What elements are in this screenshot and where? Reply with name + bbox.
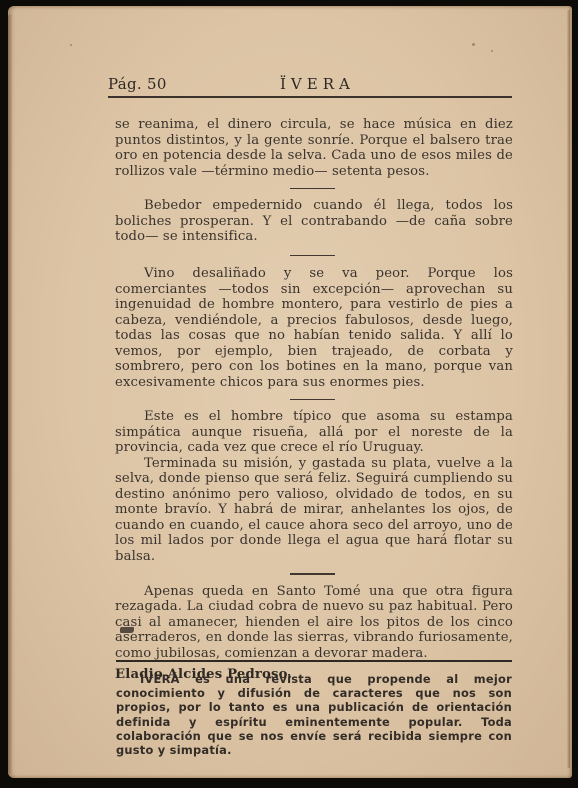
paragraph-4: Este es el hombre típico que asoma su es…	[115, 409, 513, 456]
section-divider	[290, 399, 335, 400]
paragraph-6: Apenas queda en Santo Tomé una que otra …	[115, 584, 513, 662]
paper-speck	[491, 50, 493, 52]
notice-text: IVERÁ es una revista que propende al mej…	[116, 672, 512, 757]
paper-speck	[472, 43, 475, 46]
section-divider	[290, 188, 335, 189]
section-divider	[290, 255, 335, 256]
article-body: se reanima, el dinero circula, se hace m…	[115, 117, 513, 683]
paper-speck	[70, 44, 72, 46]
ink-stamp-mark	[120, 627, 134, 633]
paragraph-1: se reanima, el dinero circula, se hace m…	[115, 117, 513, 179]
header-rule	[108, 96, 512, 98]
paragraph-2: Bebedor empedernido cuando él llega, tod…	[115, 198, 513, 245]
publication-notice: IVERÁ es una revista que propende al mej…	[116, 672, 512, 757]
footer-rule	[116, 660, 512, 662]
page-header: Pág. 50 ÏVERA	[108, 72, 513, 96]
paragraph-5: Terminada su misión, y gastada su plata,…	[115, 456, 513, 565]
section-divider	[290, 573, 335, 574]
paragraph-3: Vino desaliñado y se va peor. Porque los…	[115, 266, 513, 390]
page-number: Pág. 50	[108, 75, 167, 93]
magazine-title: ÏVERA	[280, 75, 355, 93]
